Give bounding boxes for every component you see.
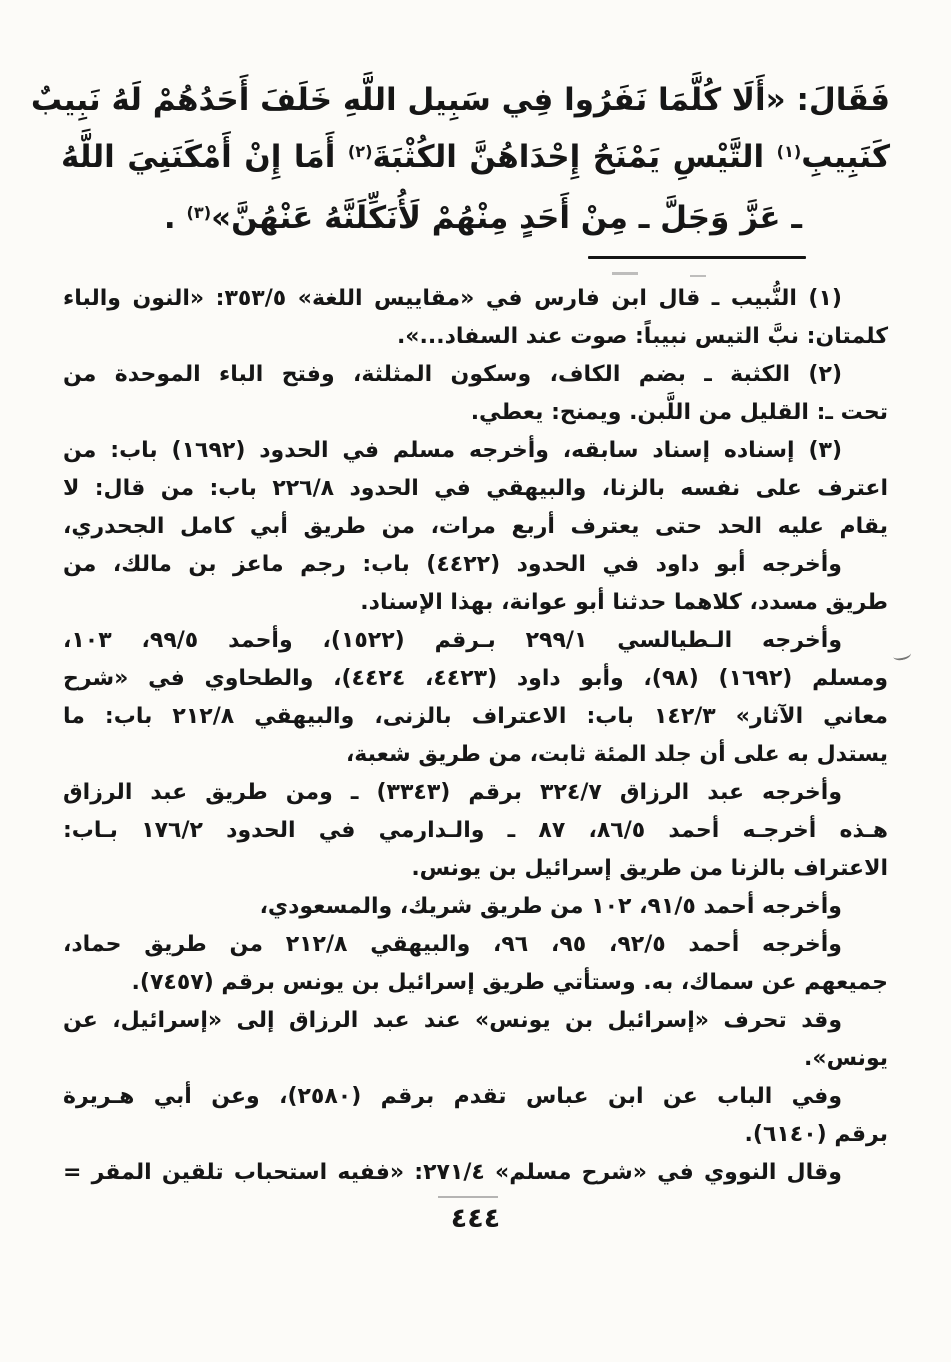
hadith-line-1-text: فَقَالَ: «أَلَا كُلَّمَا نَفَرُوا فِي سَ…	[31, 82, 890, 118]
page-number: ٤٤٤	[0, 1203, 951, 1234]
footnote-marker-1: (١)	[777, 142, 802, 161]
footnote-line: (٢) الكثبة ـ بضم الكاف، وسكون المثلثة، و…	[63, 356, 888, 394]
scan-artifact-dash	[438, 1196, 498, 1198]
footnote-line: الاعتراف بالزنا من طريق إسرائيل بن يونس.	[63, 850, 888, 888]
footnote-line: يقام عليه الحد حتى يعترف أربع مرات، من ط…	[63, 508, 888, 546]
footnote-line: يستدل به على أن جلد المئة ثابت، من طريق …	[63, 736, 888, 774]
hadith-line-1: فَقَالَ: «أَلَا كُلَّمَا نَفَرُوا فِي سَ…	[61, 72, 890, 129]
footnote-separator-rule	[588, 256, 806, 259]
hadith-line-3-text-b: .	[164, 200, 187, 236]
footnote-line: وأخرجه الـطيالسي ٢٩٩/١ بـرقم (١٥٢٢)، وأح…	[63, 622, 888, 660]
footnote-line: برقم (٦١٤٠).	[63, 1116, 888, 1154]
hadith-text-block: فَقَالَ: «أَلَا كُلَّمَا نَفَرُوا فِي سَ…	[61, 72, 890, 251]
footnote-marker-3: (٣)	[186, 203, 211, 222]
footnote-line: وقد تحرف «إسرائيل بن يونس» عند عبد الرزا…	[63, 1002, 888, 1040]
footnote-line: هـذه أخرجـه أحمد ٨٦/٥، ٨٧ ـ والـدارمي في…	[63, 812, 888, 850]
footnote-line: وأخرجه أحمد ٩١/٥، ١٠٢ من طريق شريك، والم…	[63, 888, 888, 926]
hadith-line-2-text-b: التَّيْسِ يَمْنَحُ إِحْدَاهُنَّ الكُثْبَ…	[372, 139, 776, 175]
footnote-line: (١) النُّبيب ـ قال ابن فارس في «مقاييس ا…	[63, 280, 888, 318]
footnote-line: يونس».	[63, 1040, 888, 1078]
footnote-line: اعترف على نفسه بالزنا، والبيهقي في الحدو…	[63, 470, 888, 508]
hadith-line-2-text-c: أَمَا إِنْ أَمْكَنَنِيَ اللَّهُ	[61, 139, 348, 175]
footnote-line: ومسلم (١٦٩٢) (٩٨)، وأبو داود (٤٤٢٣، ٤٤٢٤…	[63, 660, 888, 698]
scan-artifact-squiggle	[892, 648, 912, 662]
book-page: فَقَالَ: «أَلَا كُلَّمَا نَفَرُوا فِي سَ…	[0, 0, 951, 1362]
hadith-line-2-text-a: كَنَبِيبِ	[801, 139, 890, 175]
footnote-marker-2: (٢)	[348, 142, 373, 161]
hadith-line-3: ـ عَزَّ وَجَلَّ ـ مِنْ أَحَدٍ مِنْهُمْ ل…	[61, 190, 890, 251]
footnote-line: كلمتان: نبَّ التيس نبيباً: صوت عند السفا…	[63, 318, 888, 356]
footnote-line: (٣) إسناده إسناد سابقه، وأخرجه مسلم في ا…	[63, 432, 888, 470]
hadith-line-3-text-a: ـ عَزَّ وَجَلَّ ـ مِنْ أَحَدٍ مِنْهُمْ ل…	[211, 200, 802, 236]
footnote-line: وأخرجه عبد الرزاق ٣٢٤/٧ برقم (٣٣٤٣) ـ وم…	[63, 774, 888, 812]
footnote-line: وقال النووي في «شرح مسلم» ٢٧١/٤: «ففيه ا…	[63, 1154, 888, 1192]
footnote-line: تحت ـ: القليل من اللَّبن. ويمنح: يعطي.	[63, 394, 888, 432]
footnote-line: وفي الباب عن ابن عباس تقدم برقم (٢٥٨٠)، …	[63, 1078, 888, 1116]
footnote-line: وأخرجه أحمد ٩٢/٥، ٩٥، ٩٦، والبيهقي ٢١٢/٨…	[63, 926, 888, 964]
scan-artifact-dash	[690, 275, 706, 277]
scan-artifact-dash	[612, 272, 638, 275]
footnote-line: جميعهم عن سماك، به. وستأتي طريق إسرائيل …	[63, 964, 888, 1002]
footnote-line: معاني الآثار» ١٤٢/٣ باب: الاعتراف بالزنى…	[63, 698, 888, 736]
footnote-line: طريق مسدد، كلاهما حدثنا أبو عوانة، بهذا …	[63, 584, 888, 622]
footnotes-block: (١) النُّبيب ـ قال ابن فارس في «مقاييس ا…	[63, 280, 888, 1192]
footnote-line: وأخرجه أبو داود في الحدود (٤٤٢٢) باب: رج…	[63, 546, 888, 584]
hadith-line-2: كَنَبِيبِ(١) التَّيْسِ يَمْنَحُ إِحْدَاه…	[61, 129, 890, 190]
